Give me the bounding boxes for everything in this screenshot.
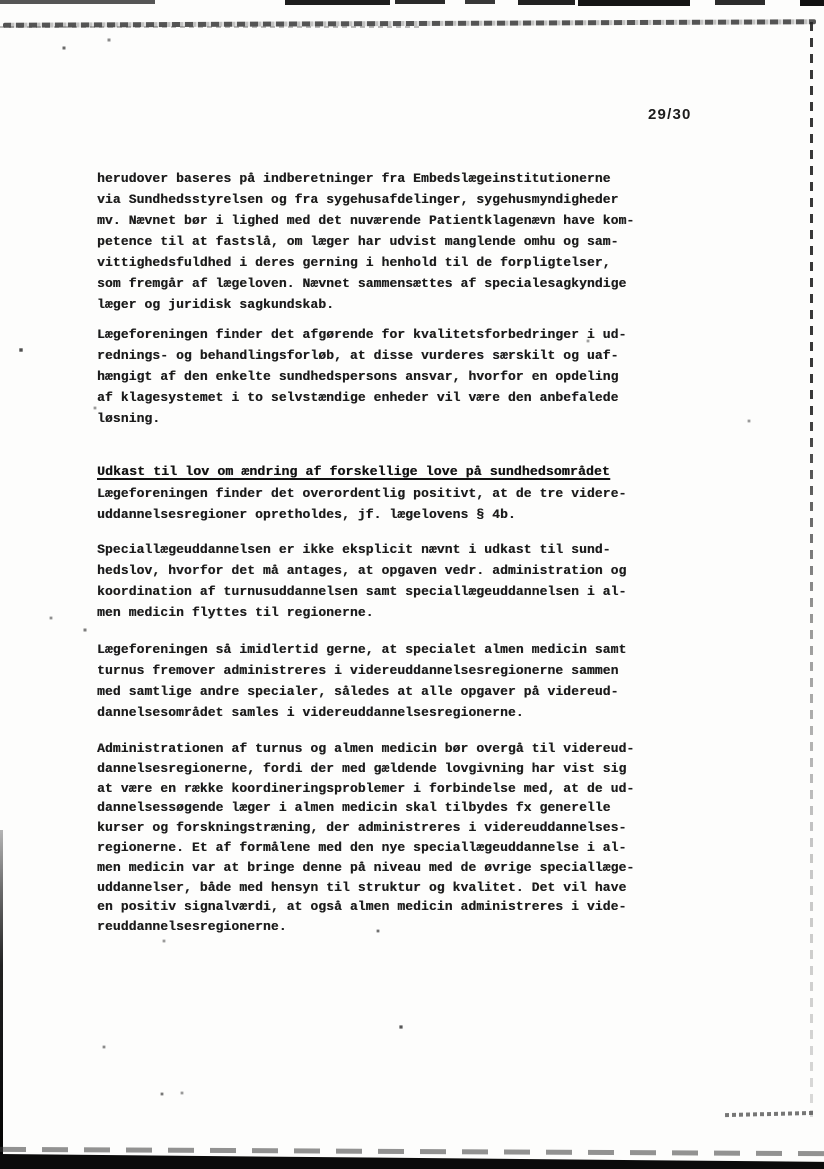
paragraph-speciallaegeuddannelsen: Speciallægeuddannelsen er ikke eksplicit… bbox=[97, 539, 626, 623]
paragraph-indberetninger: herudover baseres på indberetninger fra … bbox=[97, 168, 634, 315]
scan-artifact-top-edge bbox=[715, 0, 765, 5]
scan-artifact-left-edge bbox=[0, 830, 3, 1169]
scan-artifact-top-edge bbox=[518, 0, 575, 5]
paragraph-almen-medicin: Lægeforeningen så imidlertid gerne, at s… bbox=[97, 639, 626, 723]
paragraph-kvalitetsforbedringer: Lægeforeningen finder det afgørende for … bbox=[97, 324, 626, 429]
scan-artifact-scratch-line bbox=[0, 26, 420, 28]
scan-artifact-right-edge-dashes bbox=[810, 22, 813, 1117]
scanned-document-page: 29/30 herudover baseres på indberetninge… bbox=[0, 0, 824, 1169]
paragraph-videreuddannelsesregioner: Lægeforeningen finder det overordentlig … bbox=[97, 483, 626, 525]
scan-artifact-top-edge bbox=[285, 0, 390, 5]
page-number: 29/30 bbox=[648, 106, 692, 123]
scan-artifact-top-edge bbox=[465, 0, 495, 4]
scan-artifact-top-edge bbox=[395, 0, 445, 4]
section-heading-udkast-til-lov: Udkast til lov om ændring af forskellige… bbox=[97, 461, 610, 482]
scan-noise-specks bbox=[0, 0, 2, 2]
paragraph-administrationen: Administrationen af turnus og almen medi… bbox=[97, 739, 634, 937]
scan-artifact-bottom-right-marks bbox=[725, 1111, 815, 1117]
scan-artifact-top-edge bbox=[578, 0, 690, 6]
scan-artifact-bottom-fringe bbox=[0, 1147, 824, 1156]
scan-artifact-top-edge bbox=[800, 0, 824, 6]
scan-artifact-top-edge bbox=[0, 0, 155, 4]
